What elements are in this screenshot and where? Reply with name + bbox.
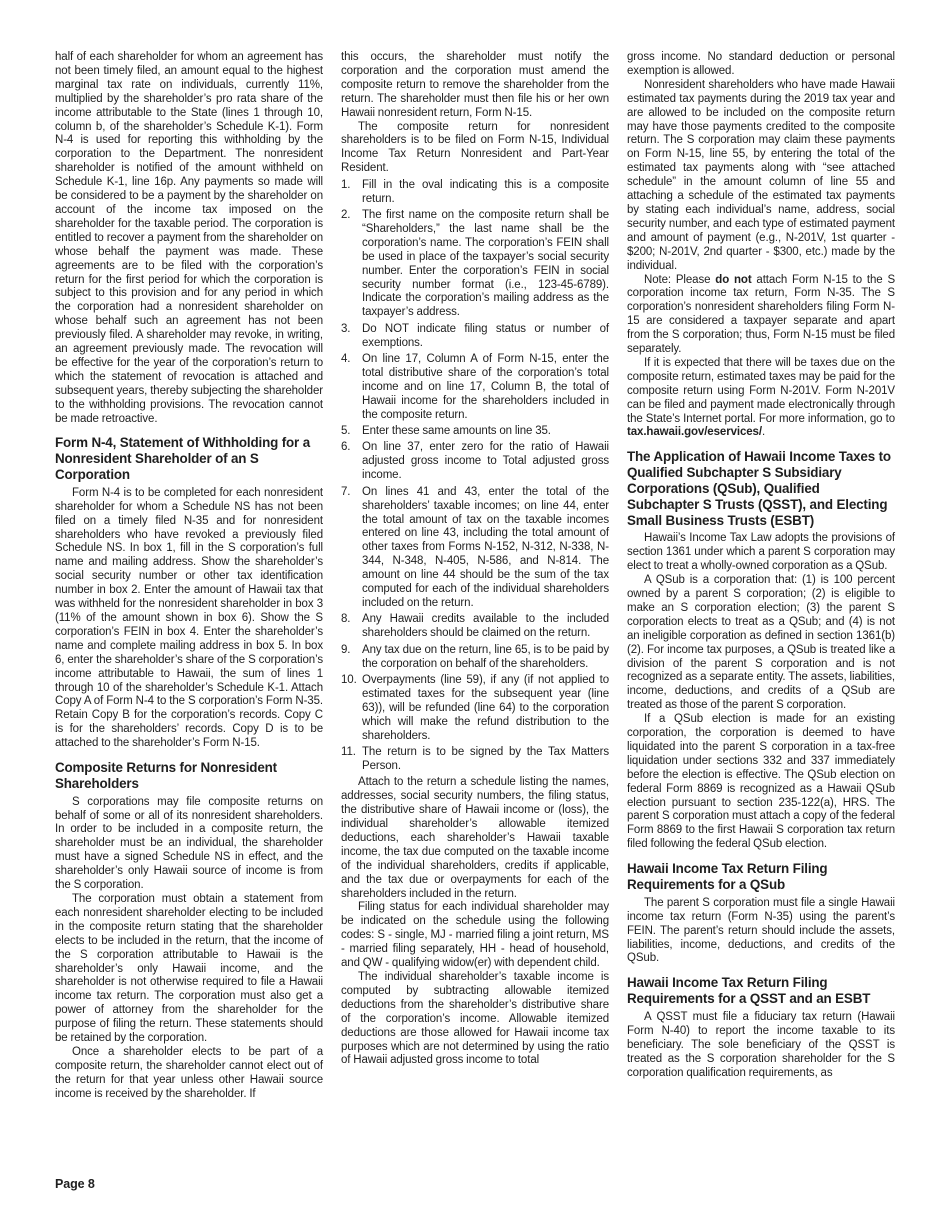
section-heading: Form N-4, Statement of Withholding for a… xyxy=(55,435,323,482)
text-run: If it is expected that there will be tax… xyxy=(627,357,895,425)
list-item: 4.On line 17, Column A of Form N-15, ent… xyxy=(341,353,609,423)
paragraph: Note: Please do not attach Form N-15 to … xyxy=(627,274,895,357)
list-number: 10. xyxy=(341,674,362,744)
list-item-text: Do NOT indicate filing status or number … xyxy=(362,323,609,351)
list-number: 6. xyxy=(341,441,362,483)
list-item: 9.Any tax due on the return, line 65, is… xyxy=(341,644,609,672)
list-item: 8.Any Hawaii credits available to the in… xyxy=(341,613,609,641)
list-item-text: Enter these same amounts on line 35. xyxy=(362,425,609,439)
list-item: 10.Overpayments (line 59), if any (if no… xyxy=(341,674,609,744)
text-run: Note: Please xyxy=(644,274,715,286)
text-run: . xyxy=(762,426,765,438)
section-heading: Hawaii Income Tax Return Filing Requirem… xyxy=(627,975,895,1007)
paragraph: The composite return for nonresident sha… xyxy=(341,121,609,177)
paragraph: Hawaii’s Income Tax Law adopts the provi… xyxy=(627,532,895,574)
list-item: 11.The return is to be signed by the Tax… xyxy=(341,746,609,774)
list-item-text: On lines 41 and 43, enter the total of t… xyxy=(362,486,609,611)
column-3: gross income. No standard deduction or p… xyxy=(627,51,895,1102)
list-item-text: On line 17, Column A of Form N-15, enter… xyxy=(362,353,609,423)
list-item-text: The first name on the composite return s… xyxy=(362,209,609,320)
paragraph: A QSub is a corporation that: (1) is 100… xyxy=(627,574,895,713)
paragraph: Form N-4 is to be completed for each non… xyxy=(55,487,323,751)
paragraph: The corporation must obtain a statement … xyxy=(55,893,323,1046)
paragraph: Once a shareholder elects to be part of … xyxy=(55,1046,323,1102)
section-heading: Composite Returns for Nonresident Shareh… xyxy=(55,760,323,792)
list-number: 3. xyxy=(341,323,362,351)
list-item-text: Any tax due on the return, line 65, is t… xyxy=(362,644,609,672)
paragraph: S corporations may file composite return… xyxy=(55,796,323,893)
list-item: 7.On lines 41 and 43, enter the total of… xyxy=(341,486,609,611)
page-number: Page 8 xyxy=(55,1177,95,1191)
paragraph: A QSST must file a fiduciary tax return … xyxy=(627,1011,895,1081)
list-item: 3.Do NOT indicate filing status or numbe… xyxy=(341,323,609,351)
list-item: 2.The first name on the composite return… xyxy=(341,209,609,320)
column-1: half of each shareholder for whom an agr… xyxy=(55,51,323,1102)
list-item: 5.Enter these same amounts on line 35. xyxy=(341,425,609,439)
list-item-text: On line 37, enter zero for the ratio of … xyxy=(362,441,609,483)
paragraph: Filing status for each individual shareh… xyxy=(341,901,609,971)
document-page: half of each shareholder for whom an agr… xyxy=(0,0,950,1230)
paragraph: The parent S corporation must file a sin… xyxy=(627,897,895,967)
list-number: 5. xyxy=(341,425,362,439)
list-item-text: The return is to be signed by the Tax Ma… xyxy=(362,746,609,774)
list-number: 8. xyxy=(341,613,362,641)
list-number: 7. xyxy=(341,486,362,611)
column-2: this occurs, the shareholder must notify… xyxy=(341,51,609,1102)
list-item: 1.Fill in the oval indicating this is a … xyxy=(341,179,609,207)
list-item: 6.On line 37, enter zero for the ratio o… xyxy=(341,441,609,483)
paragraph: this occurs, the shareholder must notify… xyxy=(341,51,609,121)
paragraph: Nonresident shareholders who have made H… xyxy=(627,79,895,274)
paragraph: The individual shareholder’s taxable inc… xyxy=(341,971,609,1068)
paragraph: If a QSub election is made for an existi… xyxy=(627,713,895,852)
document-columns: half of each shareholder for whom an agr… xyxy=(55,51,895,1102)
paragraph: gross income. No standard deduction or p… xyxy=(627,51,895,79)
paragraph: Attach to the return a schedule listing … xyxy=(341,776,609,901)
list-item-text: Any Hawaii credits available to the incl… xyxy=(362,613,609,641)
list-item-text: Fill in the oval indicating this is a co… xyxy=(362,179,609,207)
list-number: 4. xyxy=(341,353,362,423)
list-number: 2. xyxy=(341,209,362,320)
bold-text: tax.hawaii.gov/eservices/ xyxy=(627,426,762,438)
list-number: 11. xyxy=(341,746,362,774)
section-heading: The Application of Hawaii Income Taxes t… xyxy=(627,449,895,528)
paragraph: If it is expected that there will be tax… xyxy=(627,357,895,440)
section-heading: Hawaii Income Tax Return Filing Requirem… xyxy=(627,861,895,893)
list-item-text: Overpayments (line 59), if any (if not a… xyxy=(362,674,609,744)
list-number: 1. xyxy=(341,179,362,207)
bold-text: do not xyxy=(715,274,751,286)
list-number: 9. xyxy=(341,644,362,672)
paragraph: half of each shareholder for whom an agr… xyxy=(55,51,323,426)
